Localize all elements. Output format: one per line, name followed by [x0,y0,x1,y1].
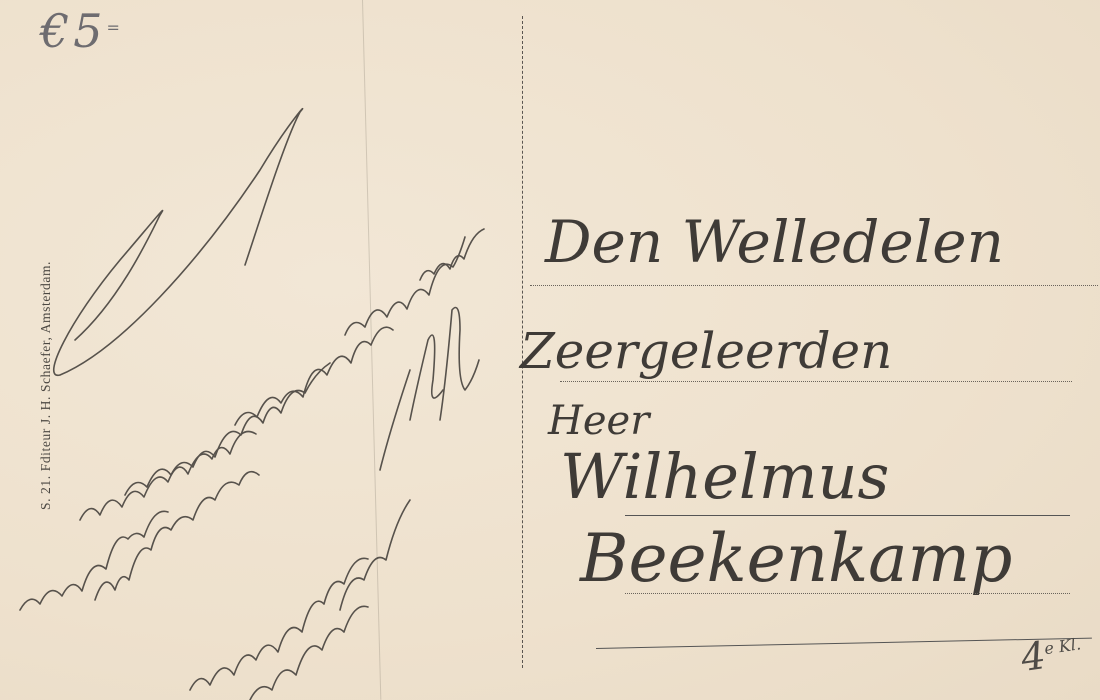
address-line-4: Wilhelmus [560,440,889,513]
postage-class-suffix: e Kl. [1043,634,1082,658]
address-rule-3 [625,515,1070,516]
handwritten-message [0,0,520,700]
address-rule-2 [560,381,1072,382]
address-rule-1 [530,285,1098,286]
address-line-5: Beekenkamp [580,520,1012,597]
postage-class-mark: 4e Kl. [1018,628,1084,680]
address-line-2: Zeergeleerden [520,322,892,380]
address-rule-4 [625,593,1070,594]
address-line-1: Den Welledelen [545,208,1004,276]
address-rule-5 [596,638,1092,649]
postcard: €5= S. 21. Fditeur J. H. Schaefer, Amste… [0,0,1100,700]
address-line-3: Heer [548,398,649,444]
